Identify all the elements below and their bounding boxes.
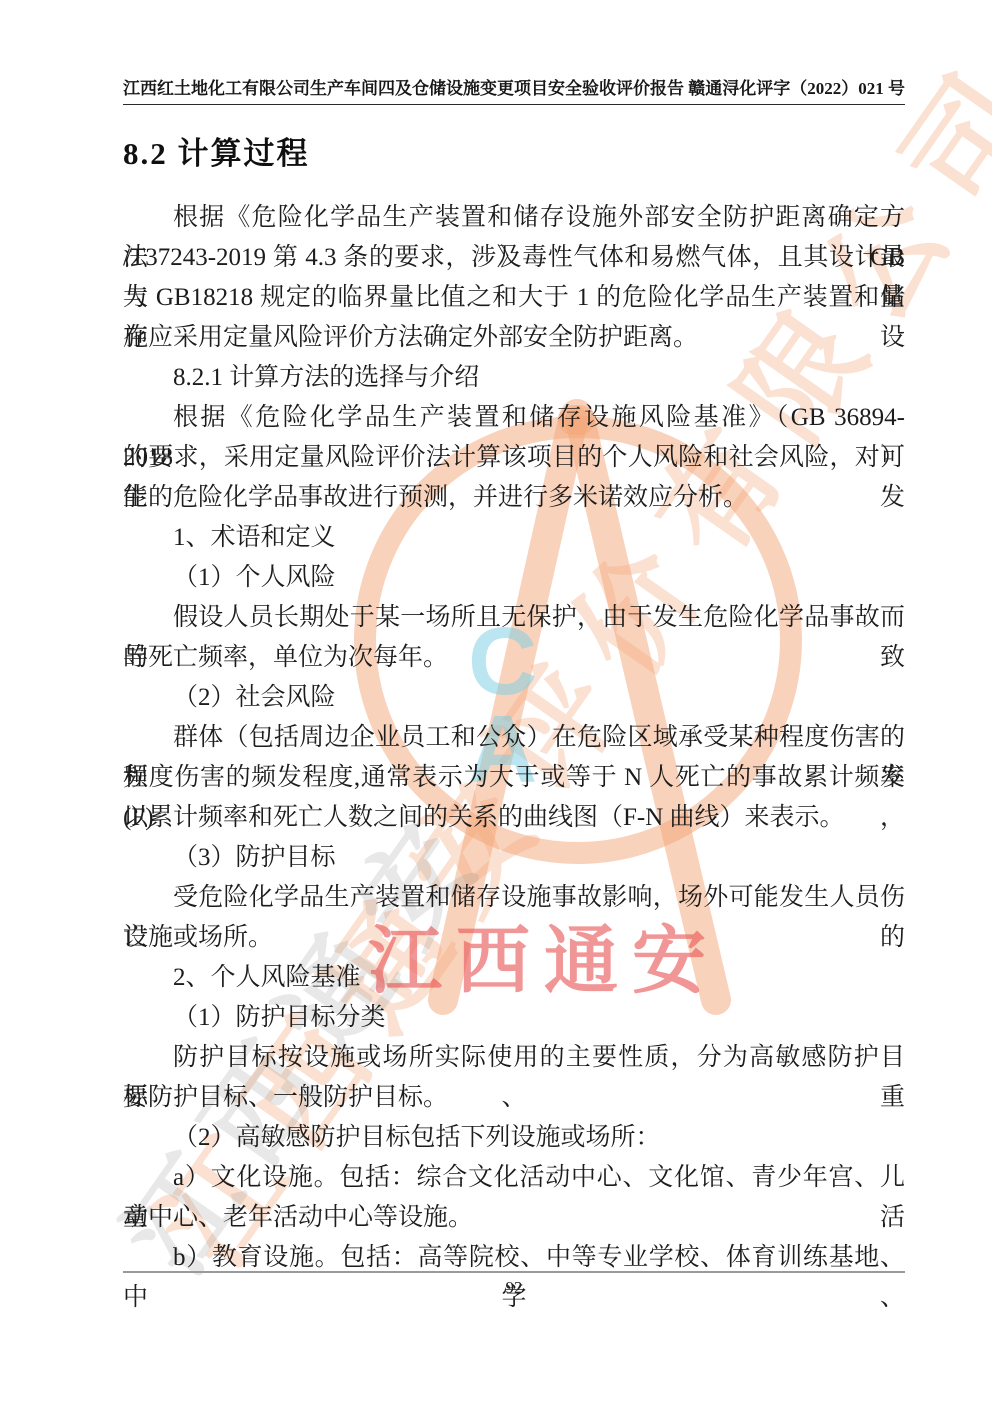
text-line: 的要求，采用定量风险评价法计算该项目的个人风险和社会风险，对可能发	[123, 438, 905, 478]
text-line: 8.2.1 计算方法的选择与介绍	[123, 358, 905, 398]
text-line: 程度伤害的频发程度,通常表示为大于或等于 N 人死亡的事故累计频率(F)，	[123, 758, 905, 798]
text-line: （2）社会风险	[123, 678, 905, 718]
text-line: 根据《危险化学品生产装置和储存设施风险基准》（GB 36894-2018）	[123, 398, 905, 438]
footer-divider	[123, 1271, 905, 1273]
header-document-number: 赣通浔化评字（2022）021 号	[688, 74, 905, 99]
text-line: 受危险化学品生产装置和储存设施事故影响，场外可能发生人员伤亡的	[123, 878, 905, 918]
text-line: （3）防护目标	[123, 838, 905, 878]
text-line: 以累计频率和死亡人数之间的关系的曲线图（F-N 曲线）来表示。	[123, 798, 905, 838]
text-line: （2）高敏感防护目标包括下列设施或场所：	[123, 1118, 905, 1158]
text-line: 假设人员长期处于某一场所且无保护，由于发生危险化学品事故而导致	[123, 598, 905, 638]
text-line: 1、术语和定义	[123, 518, 905, 558]
text-line: 防护目标按设施或场所实际使用的主要性质，分为高敏感防护目标、重	[123, 1038, 905, 1078]
text-line: （1）防护目标分类	[123, 998, 905, 1038]
text-line: 与 GB18218 规定的临界量比值之和大于 1 的危险化学品生产装置和储存设	[123, 278, 905, 318]
text-line: 群体（包括周边企业员工和公众）在危险区域承受某种程度伤害的频发	[123, 718, 905, 758]
text-line: （1）个人风险	[123, 558, 905, 598]
text-line: 根据《危险化学品生产装置和储存设施外部安全防护距离确定方法》GB	[123, 198, 905, 238]
text-line: a）文化设施。包括：综合文化活动中心、文化馆、青少年宫、儿童活	[123, 1158, 905, 1198]
section-title: 8.2 计算过程	[123, 128, 310, 173]
body-text: 根据《危险化学品生产装置和储存设施外部安全防护距离确定方法》GB/T37243-…	[123, 198, 905, 1278]
document-page: 江西通安评价有限公司 江西通安 CA 江西通安 江西红土地化工有限公司生产车间四…	[0, 0, 992, 1403]
header-report-title: 江西红土地化工有限公司生产车间四及仓储设施变更项目安全验收评价报告	[123, 74, 684, 99]
page-number: 92	[123, 1278, 905, 1298]
text-line: /T37243-2019 第 4.3 条的要求，涉及毒性气体和易燃气体，且其设计…	[123, 238, 905, 278]
text-line: 2、个人风险基准	[123, 958, 905, 998]
page-header: 江西红土地化工有限公司生产车间四及仓储设施变更项目安全验收评价报告 赣通浔化评字…	[123, 74, 905, 99]
header-divider	[123, 104, 905, 105]
page-content: 江西红土地化工有限公司生产车间四及仓储设施变更项目安全验收评价报告 赣通浔化评字…	[0, 0, 992, 1403]
